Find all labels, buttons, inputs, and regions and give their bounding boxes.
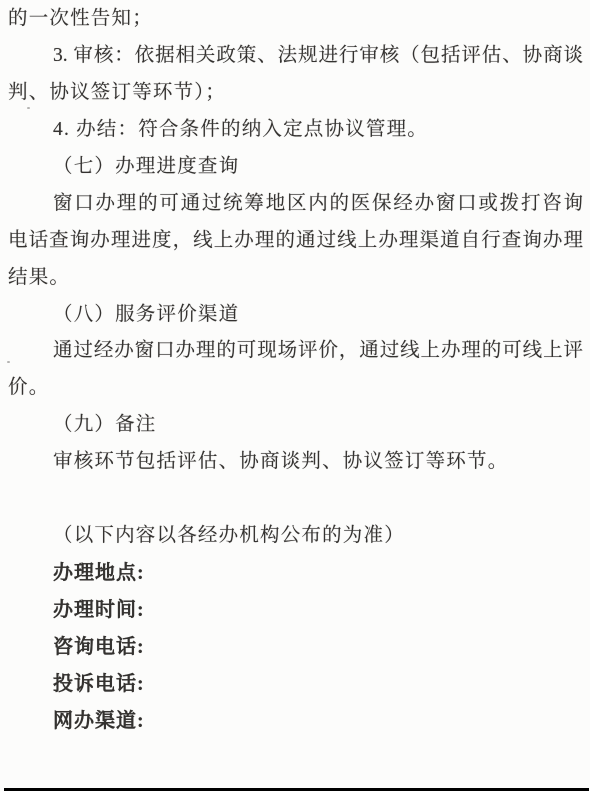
- text-line: 电话查询办理进度，线上办理的通过线上办理渠道自行查询办理: [8, 223, 583, 260]
- text-line: 咨询电话:: [8, 629, 583, 666]
- scan-bottom-edge-line: [4, 788, 589, 791]
- text-line: 办理时间:: [8, 592, 583, 629]
- text-line: 3. 审核：依据相关政策、法规进行审核（包括评估、协商谈: [8, 38, 583, 75]
- text-line: （九）备注: [8, 407, 583, 444]
- document-page: 的一次性告知；3. 审核：依据相关政策、法规进行审核（包括评估、协商谈判、协议签…: [0, 0, 590, 791]
- scan-speckle: [7, 361, 10, 363]
- text-line: 通过经办窗口办理的可现场评价，通过线上办理的可线上评: [8, 333, 583, 370]
- text-line: 判、协议签订等环节）；: [8, 75, 583, 112]
- text-line: 审核环节包括评估、协商谈判、协议签订等环节。: [8, 444, 583, 481]
- text-line: 窗口办理的可通过统筹地区内的医保经办窗口或拨打咨询: [8, 186, 583, 223]
- text-block: 的一次性告知；3. 审核：依据相关政策、法规进行审核（包括评估、协商谈判、协议签…: [8, 0, 583, 740]
- text-line: （八）服务评价渠道: [8, 297, 583, 334]
- text-line: （七）办理进度查询: [8, 149, 583, 186]
- text-line: 结果。: [8, 260, 583, 297]
- text-line: 投诉电话:: [8, 666, 583, 703]
- text-line: 的一次性告知；: [8, 1, 583, 38]
- text-line: 4. 办结：符合条件的纳入定点协议管理。: [8, 112, 583, 149]
- text-line: [8, 481, 583, 518]
- text-line: 办理地点:: [8, 555, 583, 592]
- text-line: （以下内容以各经办机构公布的为准）: [8, 518, 583, 555]
- text-line: 价。: [8, 370, 583, 407]
- scan-speckle: [27, 107, 30, 109]
- text-line: 网办渠道:: [8, 703, 583, 740]
